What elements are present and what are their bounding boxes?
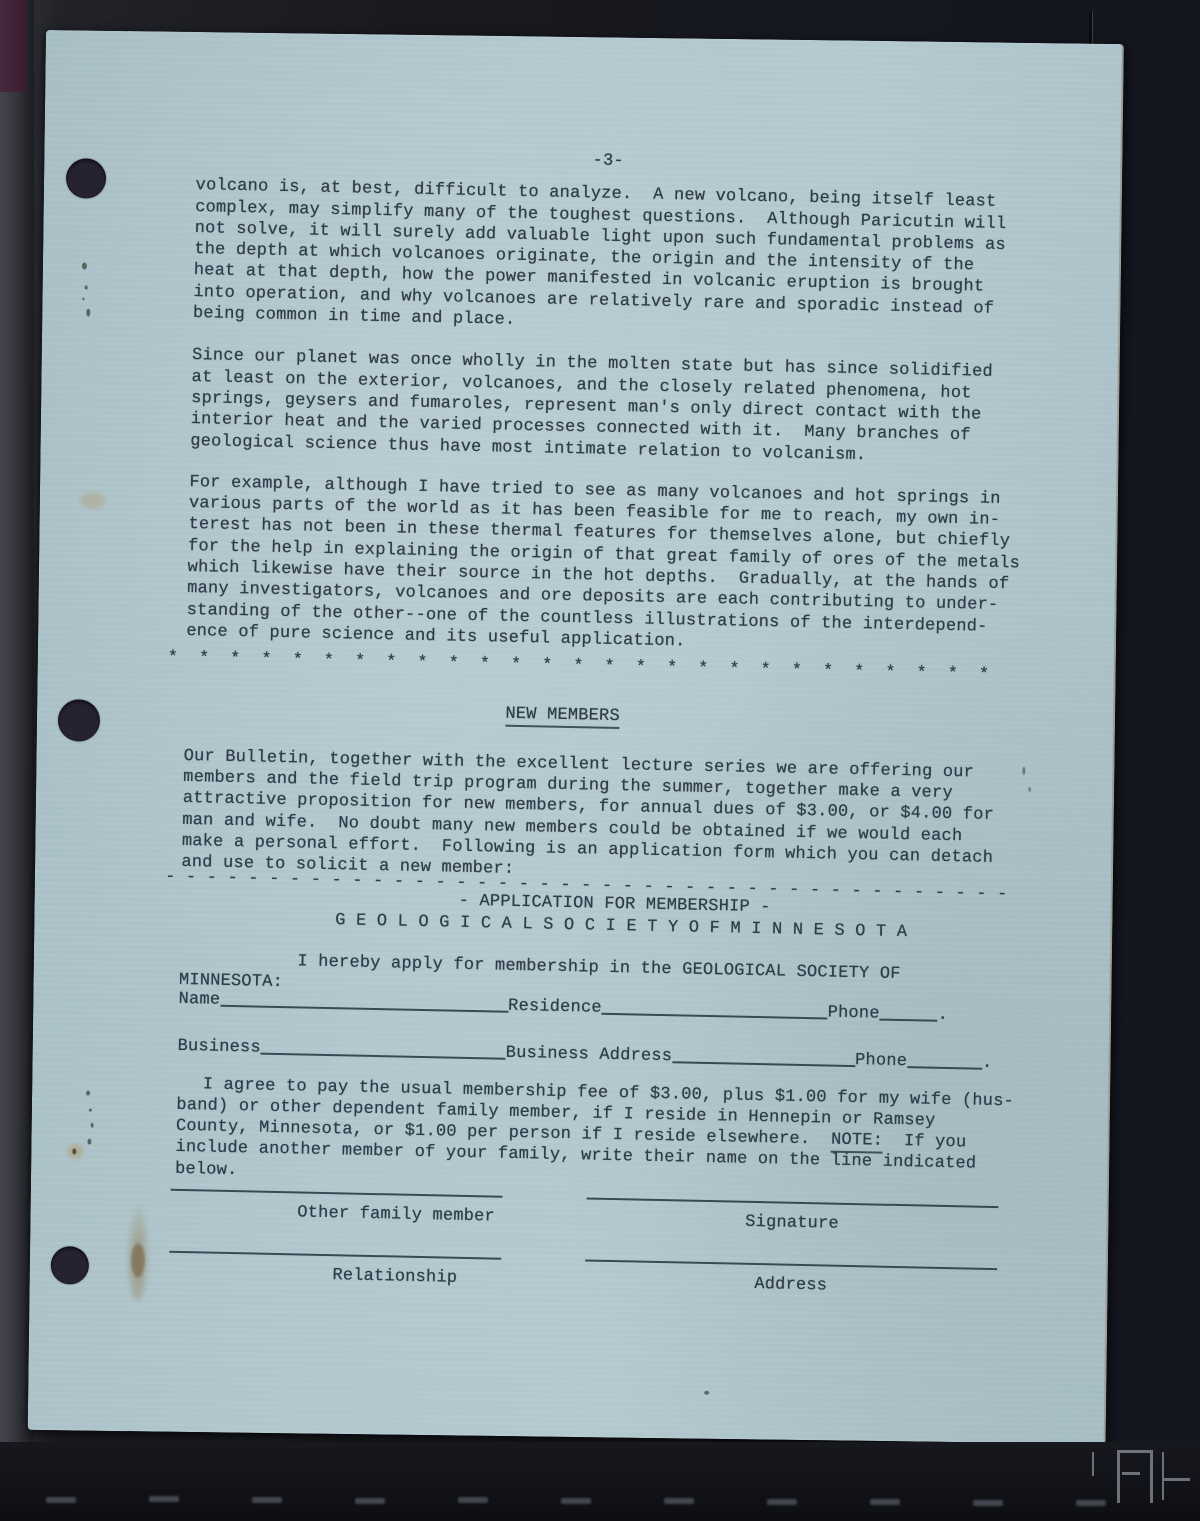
film-frame-bracket (1117, 1450, 1153, 1503)
family-member-label: Other family member (170, 1191, 503, 1228)
phone-label: Phone (827, 1003, 879, 1023)
punch-hole-top (66, 158, 107, 199)
business-address-label: Business Address (506, 1043, 673, 1065)
film-edge-mark (149, 1496, 179, 1502)
ink-speck (86, 1091, 90, 1096)
film-edge-mark (252, 1497, 282, 1503)
film-frame-mark (1092, 1452, 1094, 1476)
relationship-label: Relationship (169, 1253, 502, 1290)
signature-row-2: Relationship Address (169, 1251, 1013, 1301)
new-members-heading-text: NEW MEMBERS (505, 704, 620, 728)
paragraph-volcano-analysis: volcano is, at best, difficult to analyz… (193, 175, 1036, 342)
period: . (982, 1053, 993, 1072)
microfilm-scan-background: -3- volcano is, at best, difficult to an… (0, 0, 1200, 1521)
name-label: Name (178, 989, 220, 1009)
film-frame-mark (1162, 1452, 1164, 1500)
film-edge-mark (561, 1498, 591, 1504)
ink-speck (91, 1123, 94, 1128)
stain-spot (80, 492, 106, 508)
phone-blank-line (907, 1052, 982, 1070)
film-edge-mark (767, 1499, 797, 1505)
note-post-text: If you (883, 1132, 967, 1153)
ink-speck (704, 1391, 709, 1395)
residence-blank-line (602, 998, 828, 1019)
paragraph-our-bulletin: Our Bulletin, together with the excellen… (181, 746, 1023, 891)
address-field: Address (585, 1260, 998, 1301)
signature-row-1: Other family member Signature (170, 1189, 1014, 1239)
film-edge-mark (355, 1498, 385, 1504)
business-blank-line (261, 1038, 506, 1059)
ink-speck (87, 1139, 91, 1145)
phone-label: Phone (855, 1051, 907, 1071)
film-edge-mark (1076, 1500, 1106, 1506)
signature-field: Signature (586, 1197, 999, 1238)
typewritten-text: -3- volcano is, at best, difficult to an… (161, 142, 1037, 1301)
punch-hole-bottom (51, 1246, 89, 1284)
binder-corner-tint (0, 0, 26, 92)
scratch-mark (1089, 12, 1093, 48)
film-edge-mark (46, 1497, 76, 1503)
punch-hole-middle (58, 699, 101, 742)
form-row-business: BusinessBusiness AddressPhone. (177, 1033, 1017, 1077)
film-edge-mark (870, 1499, 900, 1505)
new-members-heading: NEW MEMBERS (172, 696, 952, 734)
family-member-field: Other family member (170, 1189, 503, 1228)
period: . (937, 1005, 948, 1024)
ink-speck (82, 262, 87, 269)
film-frame-mark (1122, 1472, 1140, 1475)
film-bottom-band (0, 1442, 1200, 1521)
relationship-field: Relationship (169, 1251, 502, 1290)
ink-speck (89, 1109, 92, 1112)
ink-speck (86, 309, 90, 317)
ink-speck (1028, 787, 1031, 792)
film-edge-mark (458, 1497, 488, 1503)
film-edge-mark (973, 1500, 1003, 1506)
ink-speck (82, 298, 84, 301)
document-page: -3- volcano is, at best, difficult to an… (28, 30, 1124, 1444)
film-frame-mark (1164, 1478, 1190, 1481)
phone-blank-line (880, 1004, 938, 1021)
ink-speck (85, 286, 88, 290)
name-blank-line (220, 990, 508, 1012)
residence-label: Residence (508, 996, 602, 1017)
film-edge-mark (664, 1498, 694, 1504)
paragraph-molten-planet: Since our planet was once wholly in the … (190, 345, 1032, 469)
page-number: -3- (184, 142, 888, 178)
business-label: Business (177, 1036, 261, 1057)
business-address-blank-line (672, 1047, 855, 1067)
paragraph-for-example: For example, although I have tried to se… (186, 472, 1029, 660)
